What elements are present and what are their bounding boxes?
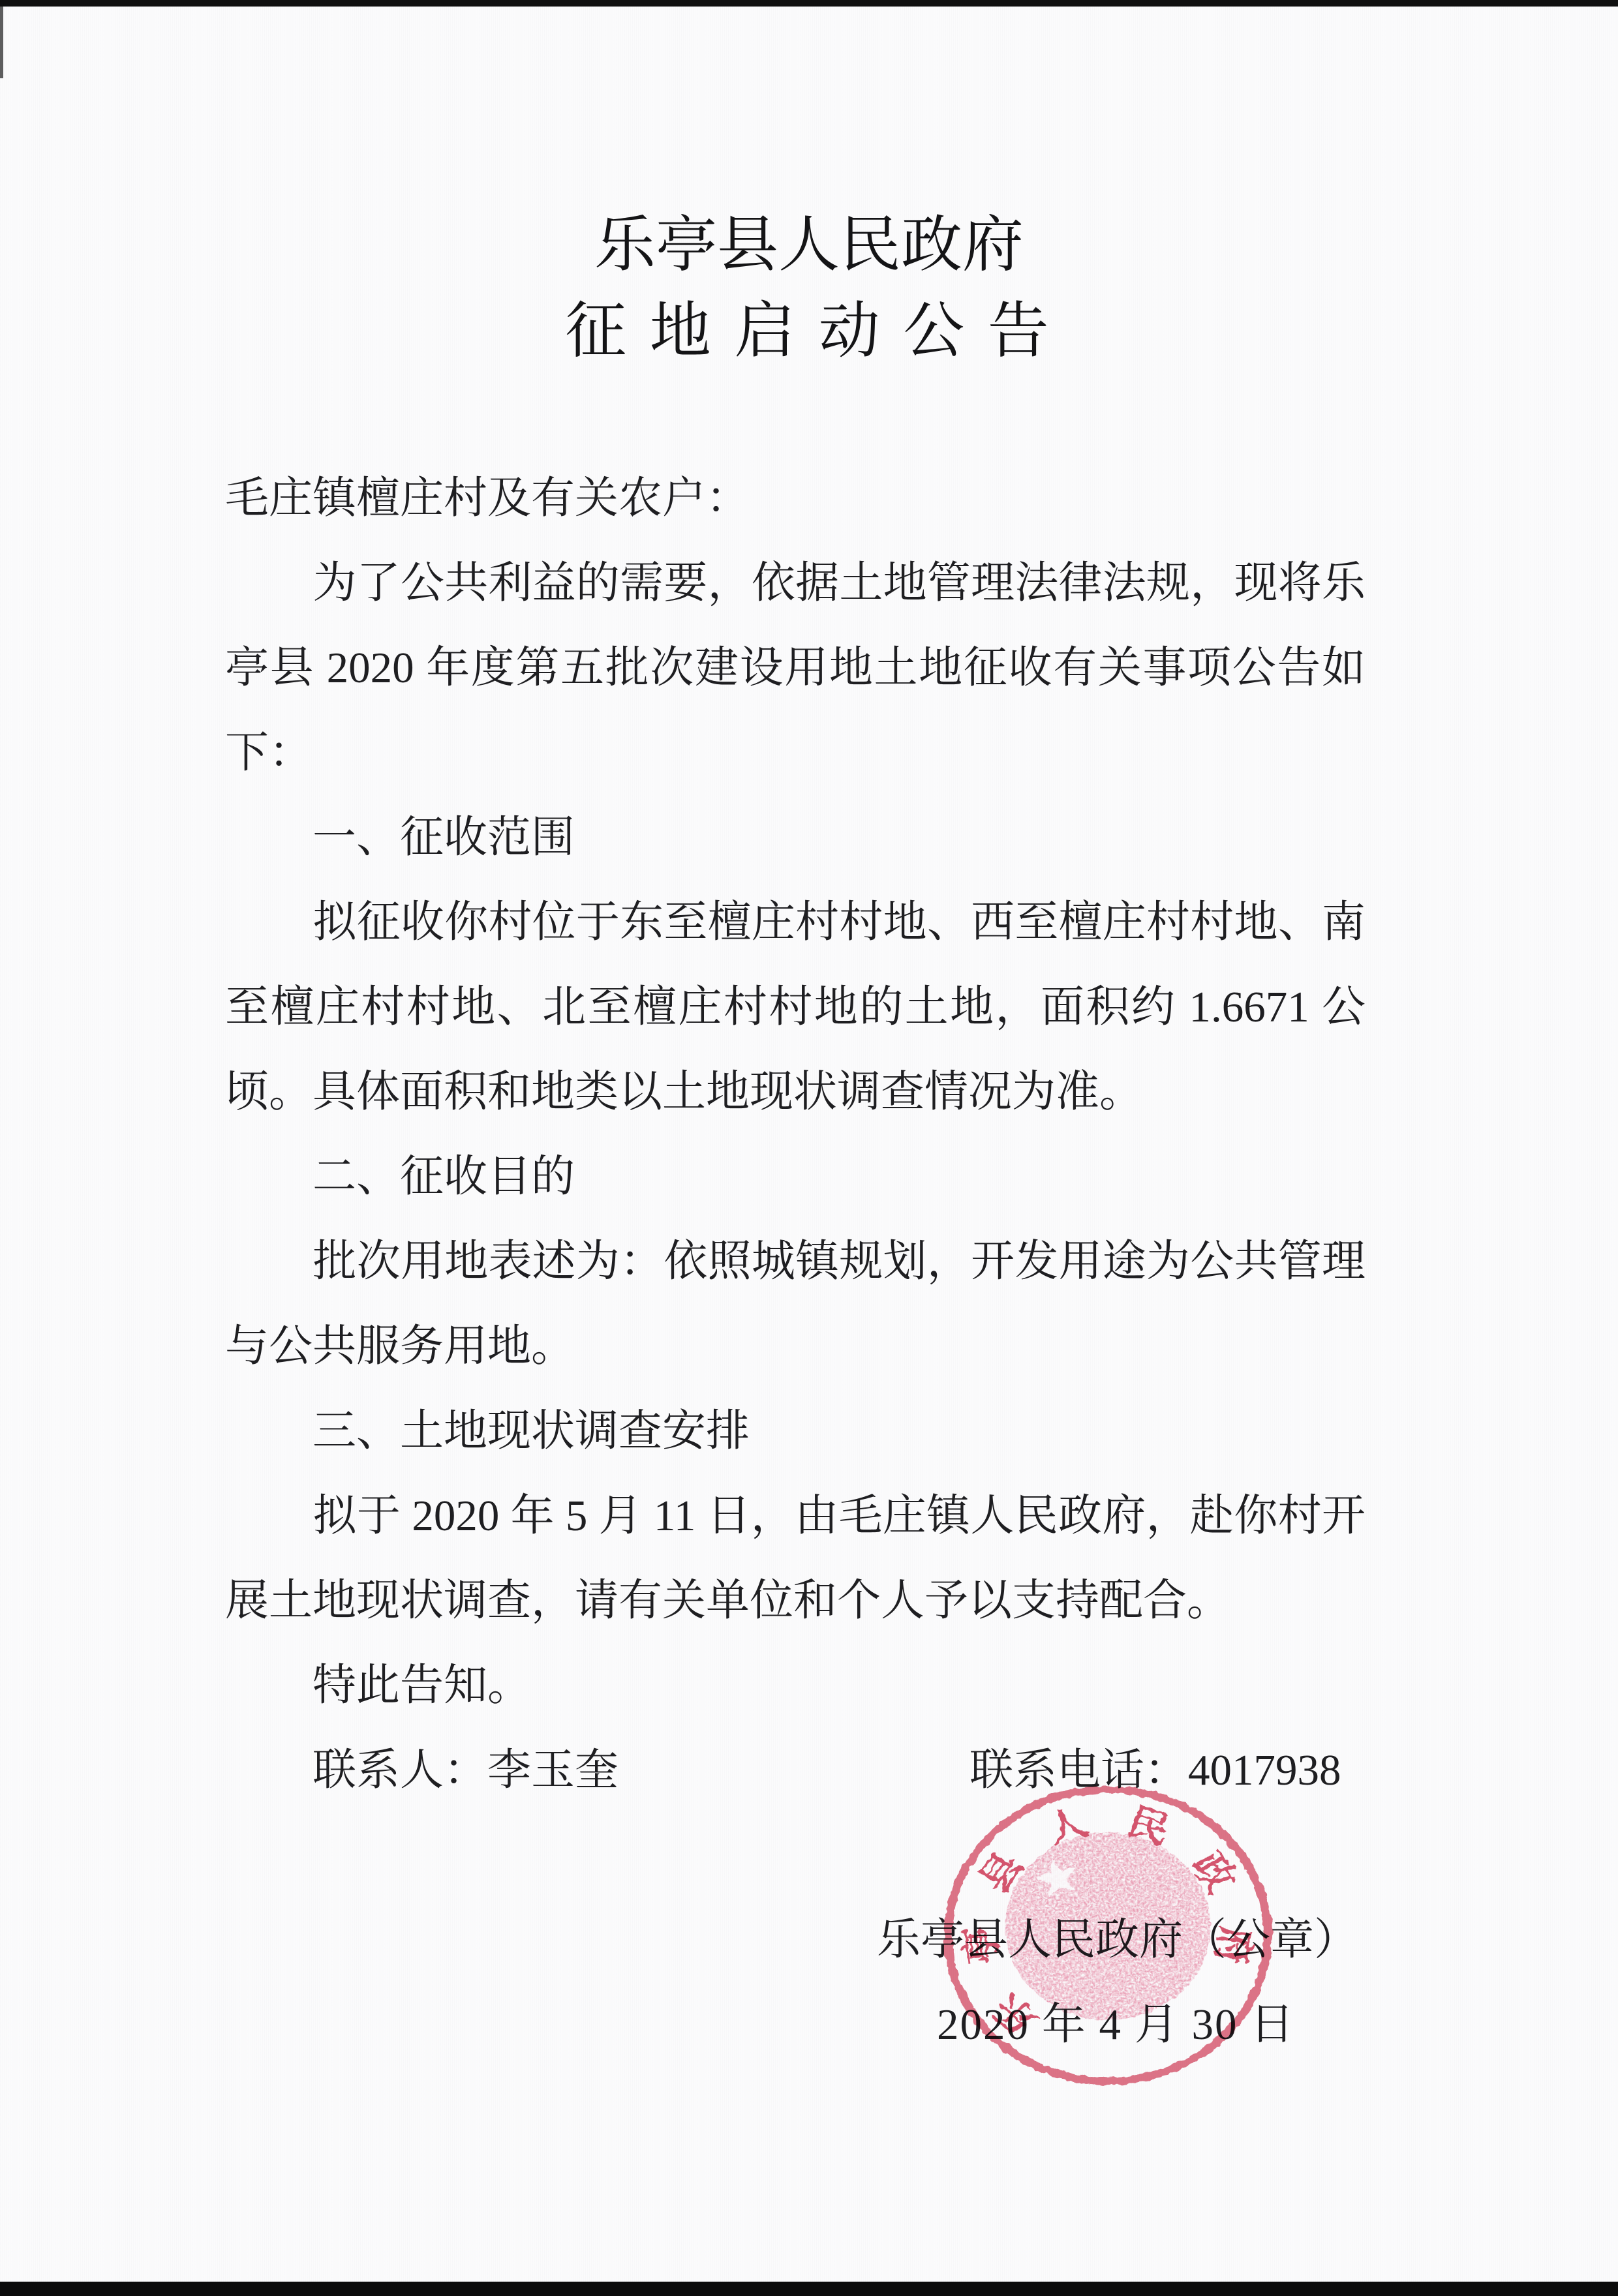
document-line: 批次用地表述为：依照城镇规划，开发用途为公共管理 [225,1219,1366,1304]
section-heading-3: 三、土地现状调查安排 [225,1389,1366,1473]
official-seal-graphic: 乐 亭 县 人 民 政 府 [936,1778,1280,2092]
scan-edge-top [0,0,1618,7]
document-body: 毛庄镇檀庄村及有关农户： 为了公共利益的需要，依据土地管理法律法规，现将乐 亭县… [225,456,1366,1728]
document-line: 拟征收你村位于东至檀庄村村地、西至檀庄村村地、南 [225,880,1366,965]
seal-arc-char: 府 [1208,1925,1258,1967]
document-line: 顷。具体面积和地类以土地现状调查情况为准。 [225,1050,1366,1134]
document-line: 为了公共利益的需要，依据土地管理法律法规，现将乐 [225,541,1366,626]
scanned-document-page: 乐亭县人民政府 征 地 启 动 公 告 毛庄镇檀庄村及有关农户： 为了公共利益的… [0,0,1618,2296]
section-heading-1: 一、征收范围 [225,795,1366,880]
document-line: 展土地现状调查，请有关单位和个人予以支持配合。 [225,1558,1366,1643]
official-seal: 乐 亭 县 人 民 政 府 [936,1778,1280,2092]
document-line: 至檀庄村村地、北至檀庄村村地的土地，面积约 1.6671 公 [225,965,1366,1050]
scan-edge-left [0,7,3,78]
document-line: 下： [225,710,1366,795]
document-title-line2: 征 地 启 动 公 告 [0,299,1618,364]
seal-arc-char: 亭 [957,1925,1007,1967]
document-title-line1: 乐亭县人民政府 [0,213,1618,278]
document-line: 拟于 2020 年 5 月 11 日，由毛庄镇人民政府，赴你村开 [225,1473,1366,1558]
salutation-line: 毛庄镇檀庄村及有关农户： [225,456,1366,541]
national-emblem-icon [1005,1833,1211,2020]
contact-person: 联系人：李玉奎 [225,1746,618,1794]
section-heading-2: 二、征收目的 [225,1134,1366,1219]
document-line: 亭县 2020 年度第五批次建设用地土地征收有关事项公告如 [225,626,1366,710]
document-line: 与公共服务用地。 [225,1304,1366,1389]
scan-edge-bottom [0,2282,1618,2296]
closing-line: 特此告知。 [225,1643,1366,1728]
